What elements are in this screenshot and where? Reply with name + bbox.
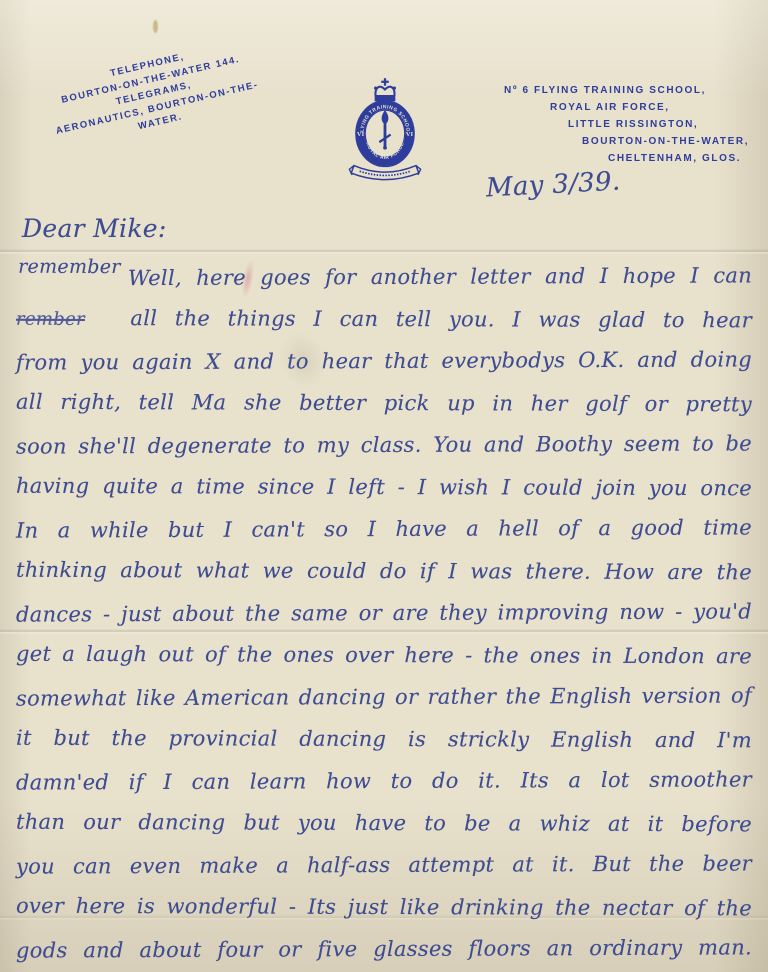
crown-icon <box>374 78 396 101</box>
letter-line: thinking about what we could do if I was… <box>16 549 752 594</box>
letter-line: you can even make a half-ass attempt at … <box>16 842 752 887</box>
address-line: CHELTENHAM, GLOS. <box>608 150 754 167</box>
struck-out-word: rember <box>16 309 85 330</box>
svg-text:FLYING TRAINING SCHOOL: FLYING TRAINING SCHOOL <box>338 66 411 132</box>
crest-ring-top-text: FLYING TRAINING SCHOOL <box>338 66 411 132</box>
letter-line: rememberrember all the things I can tell… <box>16 297 752 342</box>
letter-page: TELEPHONE, BOURTON-ON-THE-WATER 144. TEL… <box>0 0 768 972</box>
letterhead-contact-block: TELEPHONE, BOURTON-ON-THE-WATER 144. TEL… <box>23 31 285 158</box>
paper-fleck <box>153 20 158 33</box>
inserted-word: remember <box>18 257 121 277</box>
letter-line: dances - just about the same or are they… <box>16 590 752 635</box>
torch-icon <box>379 110 390 149</box>
letter-line: somewhat like American dancing or rather… <box>16 674 752 719</box>
inserted-word-correction: rememberrember <box>16 297 85 341</box>
letter-line: from you again X and to hear that everyb… <box>16 338 752 383</box>
letter-date: May 3/39. <box>485 167 621 204</box>
letter-line: it but the provincial dancing is strickl… <box>16 717 752 762</box>
letterhead-address-block: Nº 6 FLYING TRAINING SCHOOL, ROYAL AIR F… <box>476 82 754 167</box>
raf-crest: FLYING TRAINING SCHOOL ROYAL AIR FORCE V… <box>338 66 432 190</box>
motto-banner <box>349 166 420 180</box>
letter-line: get a laugh out of the ones over here - … <box>16 633 752 678</box>
letter-line: damn'ed if I can learn how to do it. Its… <box>16 758 752 803</box>
address-line: ROYAL AIR FORCE, <box>550 99 754 116</box>
letter-salutation: Dear Mike: <box>22 214 167 243</box>
letter-line: than our dancing but you have to be a wh… <box>16 801 752 846</box>
letter-line: Well, here goes for another letter and I… <box>16 254 752 299</box>
letter-body: Well, here goes for another letter and I… <box>16 256 752 970</box>
address-line: Nº 6 FLYING TRAINING SCHOOL, <box>504 82 754 99</box>
address-line: BOURTON-ON-THE-WATER, <box>582 133 754 150</box>
letter-line: having quite a time since I left - I wis… <box>16 465 752 510</box>
letter-line: over here is wonderful - Its just like d… <box>16 885 752 930</box>
crest-numeral-left: VI <box>357 131 365 138</box>
crest-numeral-right: VI <box>406 131 414 138</box>
fold-crease-top <box>0 249 768 254</box>
letter-line: all right, tell Ma she better pick up in… <box>16 381 752 426</box>
letter-line: In a while but I can't so I have a hell … <box>16 506 752 551</box>
address-line: LITTLE RISSINGTON, <box>568 116 754 133</box>
letter-line: soon she'll degenerate to my class. You … <box>16 422 752 467</box>
letter-line: gods and about four or five glasses floo… <box>16 926 752 971</box>
